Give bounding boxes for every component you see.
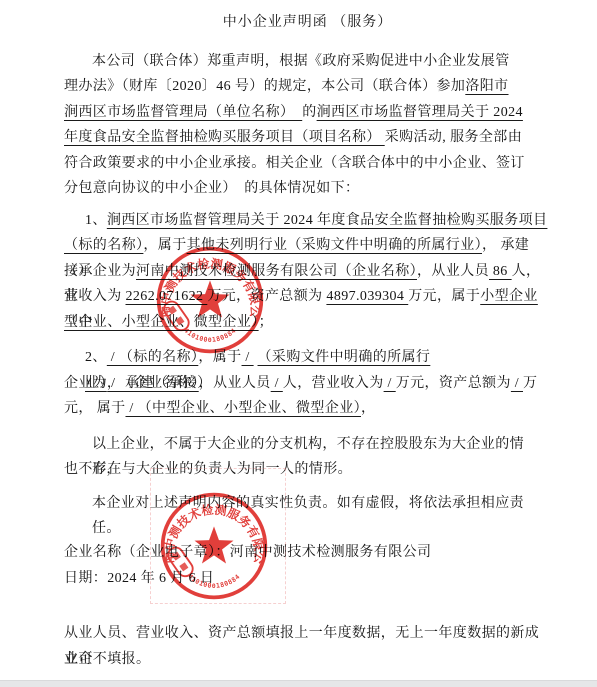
doc-line: 涧西区市场监督管理局（单位名称） 的涧西区市场监督管理局关于 2024 (64, 100, 551, 126)
underlined-field: 涧西区市场监督管理局关于 2024 年度食品安全监督抽检购买服务项目 (107, 213, 548, 228)
text-run: 理办法》（财库〔2020〕46 号）的规定，本公司（联合体）参加 (64, 79, 465, 94)
declaration-document-page: 中小企业声明函 （服务）本公司（联合体）郑重声明，根据《政府采购促进中小企业发展… (0, 0, 597, 687)
text-run: ， (361, 401, 375, 416)
text-run: 采购活动, 服务全部由 (385, 130, 522, 145)
underlined-field: 2262.071622 (126, 289, 208, 304)
underlined-field: / （企业名称） (107, 376, 199, 391)
text-run: 2、 (85, 350, 107, 365)
doc-line: 理办法》（财库〔2020〕46 号）的规定，本公司（联合体）参加洛阳市 (64, 74, 551, 100)
text-run: 中小企业声明函 （服务） (223, 15, 393, 30)
underlined-field: 洛阳市 (465, 79, 508, 94)
text-run: 业可不填报。 (64, 652, 150, 667)
text-run: 人，营业收入为 (283, 376, 384, 391)
underlined-field: 型企业、小型企业、微型企业） (64, 315, 259, 330)
text-run: 符合政策要求的中小企业承接。相关企业（含联合体中的中小企业、签订 (64, 156, 525, 171)
text-run: 1、 (85, 213, 107, 228)
underlined-field: 4897.039304 (326, 289, 408, 304)
doc-line: 业收入为 2262.071622 万元，资产总额为 4897.039304 万元… (64, 284, 551, 310)
text-run: 万元，资产总额为 (396, 376, 511, 391)
doc-line: 本企业对上述声明内容的真实性负责。如有虚假，将依法承担相应责任。 (64, 491, 551, 517)
doc-line: 分包意向协议的中小企业） 的具体情况如下： (64, 176, 551, 202)
doc-line: （标的名称），属于其他未列明行业（采购文件中明确的所属行业）， 承建（承 (64, 233, 551, 259)
text-run: 万元，资产总额为 (207, 289, 326, 304)
underlined-field: / （标的名称） (107, 350, 199, 365)
text-run: 企业为 (64, 376, 107, 391)
text-run: 接）企业为 (64, 264, 136, 279)
text-run: 本公司（联合体）郑重声明，根据《政府采购促进中小企业发展管 (92, 54, 510, 69)
underlined-field: 年度食品安全监督抽检购买服务项目（项目名称） (64, 130, 385, 145)
text-run: 万元，属于 (408, 289, 480, 304)
underlined-field: 涧西区市场监督管理局关于 2024 (317, 105, 523, 120)
underlined-field: 其他未列明行业（采购文件中明确的所属行业） (187, 238, 482, 253)
text-run: ； (259, 315, 273, 330)
doc-line: 1、涧西区市场监督管理局关于 2024 年度食品安全监督抽检购买服务项目 (64, 208, 551, 234)
text-run: 的 (302, 105, 316, 120)
doc-line: 企业为 / （企业名称），从业人员 / 人，营业收入为 / 万元，资产总额为 /… (64, 371, 551, 397)
viewport-bottom-edge (0, 680, 597, 687)
underlined-field: / (511, 376, 523, 391)
document-body: 中小企业声明函 （服务）本公司（联合体）郑重声明，根据《政府采购促进中小企业发展… (64, 10, 551, 672)
date-line: 日期：2024 年 6 月 6 日 (64, 566, 551, 592)
text-run: ，从业人员 (417, 264, 489, 279)
underlined-field: 86 (489, 264, 512, 279)
doc-line: 也不存在与大企业的负责人为同一人的情形。 (64, 457, 551, 483)
doc-line: 接）企业为河南中测技术检测服务有限公司（企业名称），从业人员 86 人， 营 (64, 259, 551, 285)
underlined-field: / (242, 350, 254, 365)
text-run: 万 (523, 376, 537, 391)
doc-title: 中小企业声明函 （服务） (64, 10, 551, 36)
doc-line: 型企业、小型企业、微型企业）； (64, 310, 551, 336)
text-run: 元， 属于 (64, 401, 126, 416)
underlined-field: （标的名称） (64, 238, 143, 253)
text-run: ，属于 (143, 238, 186, 253)
stamp-background-artifact (150, 468, 286, 604)
footnote-line: 业可不填报。 (64, 647, 551, 673)
underlined-field: 涧西区市场监督管理局（单位名称） (64, 105, 302, 120)
underlined-field: 河南中测技术检测服务有限公司（企业名称） (136, 264, 417, 279)
doc-line: 元， 属于 / （中型企业、小型企业、微型企业）， (64, 396, 551, 422)
doc-line: 以上企业，不属于大企业的分支机构，不存在控股股东为大企业的情形， (64, 432, 551, 458)
underlined-field: / (271, 376, 283, 391)
text-run: ，属于 (198, 350, 241, 365)
text-run: 分包意向协议的中小企业） 的具体情况如下： (64, 181, 359, 196)
doc-line: 符合政策要求的中小企业承接。相关企业（含联合体中的中小企业、签订 (64, 151, 551, 177)
company-name-line: 企业名称（企业电子章）：河南中测技术检测服务有限公司 (64, 540, 551, 566)
underlined-field: / (384, 376, 396, 391)
doc-line: 年度食品安全监督抽检购买服务项目（项目名称） 采购活动, 服务全部由 (64, 125, 551, 151)
doc-line: 2、 / （标的名称），属于 / （采购文件中明确的所属行业）， 承建（承接） (64, 345, 551, 371)
text-run: ，从业人员 (199, 376, 271, 391)
text-run: 业收入为 (64, 289, 126, 304)
underlined-field: / （中型企业、小型企业、微型企业） (126, 401, 362, 416)
footnote-line: 从业人员、营业收入、资产总额填报上一年度数据，无上一年度数据的新成立企 (64, 621, 551, 647)
doc-line: 本公司（联合体）郑重声明，根据《政府采购促进中小企业发展管 (64, 49, 551, 75)
